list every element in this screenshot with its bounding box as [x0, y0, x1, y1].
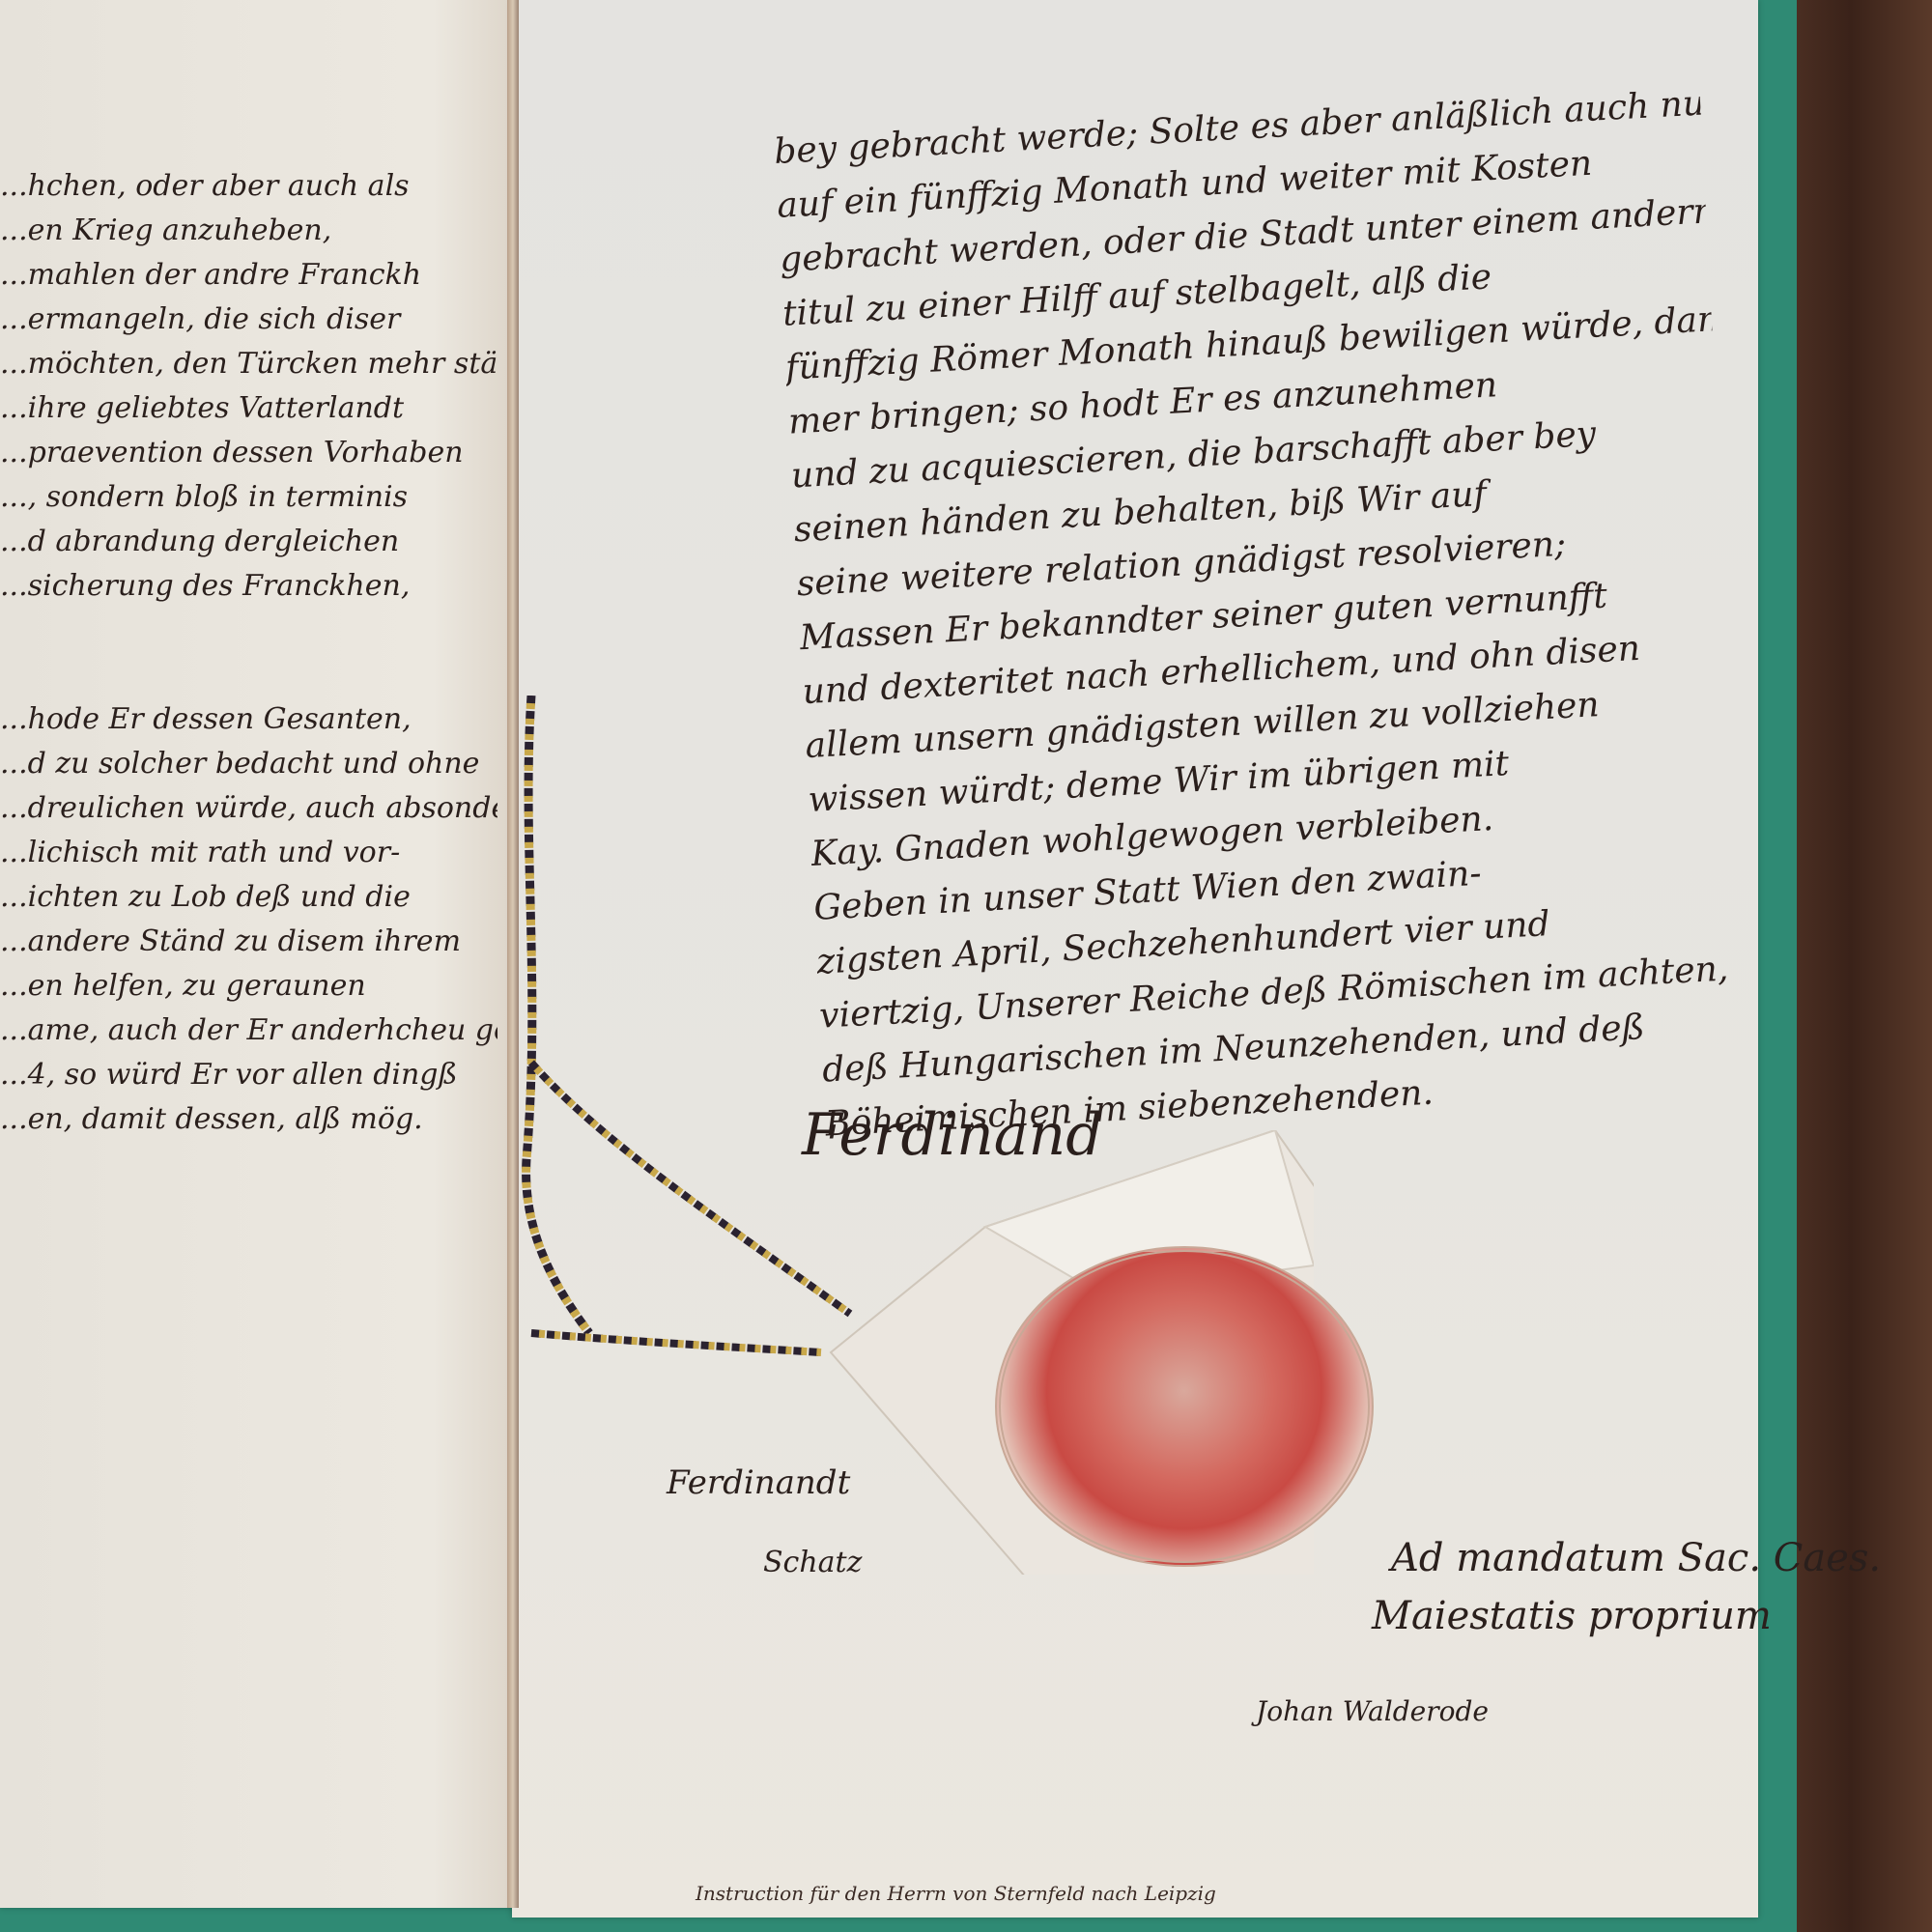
left-line: ...ihre geliebtes Vatterlandt [0, 386, 497, 431]
left-line: ...lichisch mit rath und vor- [0, 831, 497, 875]
endorsement-note: Instruction für den Herrn von Sternfeld … [696, 1882, 1216, 1905]
left-page-text: ...hchen, oder aber auch als ...en Krieg… [0, 164, 497, 1142]
initials-signature: Schatz [763, 1546, 862, 1579]
left-line: ...dreulichen würde, auch absonder- [0, 786, 497, 831]
left-line: ...andere Ständ zu disem ihrem [0, 920, 497, 964]
left-line: ...hode Er dessen Gesanten, [0, 697, 497, 742]
counter-signature: Ferdinandt [667, 1463, 850, 1502]
left-line: ...praevention dessen Vorhaben [0, 431, 497, 475]
secretary-signature: Johan Walderode [1256, 1695, 1489, 1727]
left-manuscript-page: ...hchen, oder aber auch als ...en Krieg… [0, 0, 543, 1908]
left-line: ...en Krieg anzuheben, [0, 209, 497, 253]
left-line: ...d abrandung dergleichen [0, 520, 497, 564]
imperial-signature: Ferdinand [802, 1101, 1103, 1169]
closing-line-2: Maiestatis proprium [1372, 1594, 1772, 1638]
left-line: ...mahlen der andre Franckh [0, 253, 497, 298]
left-blank-space [0, 609, 497, 697]
left-line: ...sicherung des Franckhen, [0, 564, 497, 609]
left-line: ..., sondern bloß in terminis [0, 475, 497, 520]
left-line: ...ame, auch der Er anderhcheu gerb- [0, 1009, 497, 1053]
left-line: ...ichten zu Lob deß und die [0, 875, 497, 920]
left-line: ...möchten, den Türcken mehr stärck [0, 342, 497, 386]
right-page-text: bey gebracht werde; Solte es aber anläßl… [773, 77, 1752, 1152]
left-line: ...hchen, oder aber auch als [0, 164, 497, 209]
left-line: ...ermangeln, die sich diser [0, 298, 497, 342]
left-line: ...d zu solcher bedacht und ohne [0, 742, 497, 786]
left-line: ...en, damit dessen, alß mög. [0, 1097, 497, 1142]
wooden-table-edge [1797, 0, 1932, 1932]
closing-line-1: Ad mandatum Sac. Caes. [1391, 1536, 1881, 1580]
red-wax-seal [995, 1246, 1374, 1567]
left-line: ...4, so würd Er vor allen dingß [0, 1053, 497, 1097]
left-line: ...en helfen, zu geraunen [0, 964, 497, 1009]
